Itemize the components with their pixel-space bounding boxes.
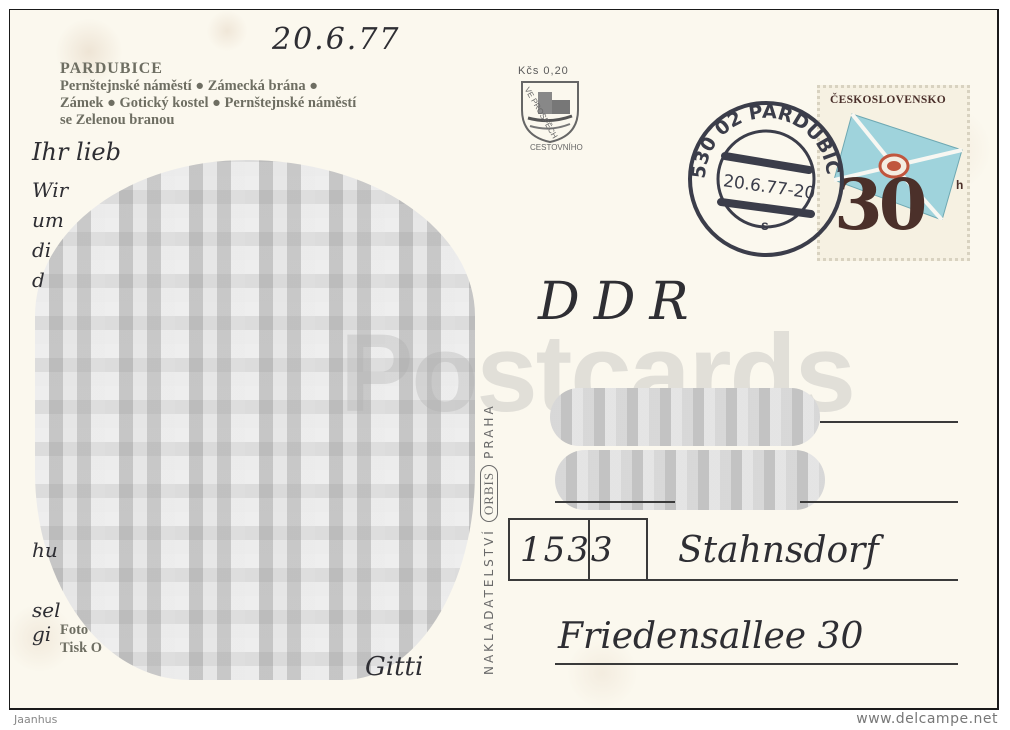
print-credits: Foto Tisk O [60,621,102,657]
postmark-cancellation: 530 02 PARDUBICE 2 20.6.77-20 s [685,98,847,260]
handwritten-fragment: sel [32,598,61,622]
orbis-logo: ORBIS [480,465,498,522]
handwritten-fragment: di [32,238,51,262]
handwritten-signature: Gitti [365,652,423,682]
address-line [800,501,958,503]
caption-line: Zámek ● Gotický kostel ● Pernštejnské ná… [60,95,356,112]
seller-name: Jaanhus [14,713,57,726]
handwritten-fragment: d [32,268,45,292]
publisher-city: PRAHA [482,403,496,459]
address-street: Friedensallee 30 [558,616,863,657]
svg-text:CESTOVNÍHO: CESTOVNÍHO [530,143,583,152]
stamp-unit: h [956,178,963,192]
address-line [648,579,958,581]
handwritten-greeting: Ihr lieb [32,138,121,166]
address-line [820,421,958,423]
address-country: DDR [538,272,703,332]
pixelated-recipient-name [550,388,820,446]
handwritten-date: 20.6.77 [272,22,401,57]
address-postcode: 1533 [520,530,615,570]
address-line [555,663,958,665]
publisher-name: NAKLADATELSTVÍ [482,528,496,675]
svg-text:530 02 PARDUBICE 2: 530 02 PARDUBICE 2 [685,98,844,180]
publisher-imprint: NAKLADATELSTVÍ ORBIS PRAHA [480,403,498,675]
postmark-ring-text: 530 02 PARDUBICE 2 [685,98,844,180]
address-line [555,501,675,503]
handwritten-fragment: hu [32,538,58,562]
handwritten-fragment: um [32,208,64,232]
caption-lines: Pernštejnské náměstí ● Zámecká brána ● Z… [60,78,356,129]
handwritten-fragment: Wir [32,178,68,202]
caption-line: se Zelenou branou [60,112,356,129]
credit-line: Foto [60,621,102,639]
postcard: PARDUBICE Pernštejnské náměstí ● Zámecká… [9,9,999,710]
caption-title: PARDUBICE [60,60,163,78]
postmark-letter: s [761,217,769,233]
credit-line: Tisk O [60,639,102,657]
address-city: Stahnsdorf [678,530,879,571]
handwritten-fragment: gi [32,622,51,646]
tourism-tax-stamp: Kčs 0,20 VE PROSPĚCH CESTOVNÍHO [508,62,592,152]
stamp-value: 30 [834,170,923,240]
tax-value: Kčs 0,20 [518,65,569,77]
caption-line: Pernštejnské náměstí ● Zámecká brána ● [60,78,356,95]
postmark-date: 20.6.77-20 [722,171,817,204]
site-watermark: www.delcampe.net [856,711,998,727]
stamp-country: ČESKOSLOVENSKO [830,94,946,106]
